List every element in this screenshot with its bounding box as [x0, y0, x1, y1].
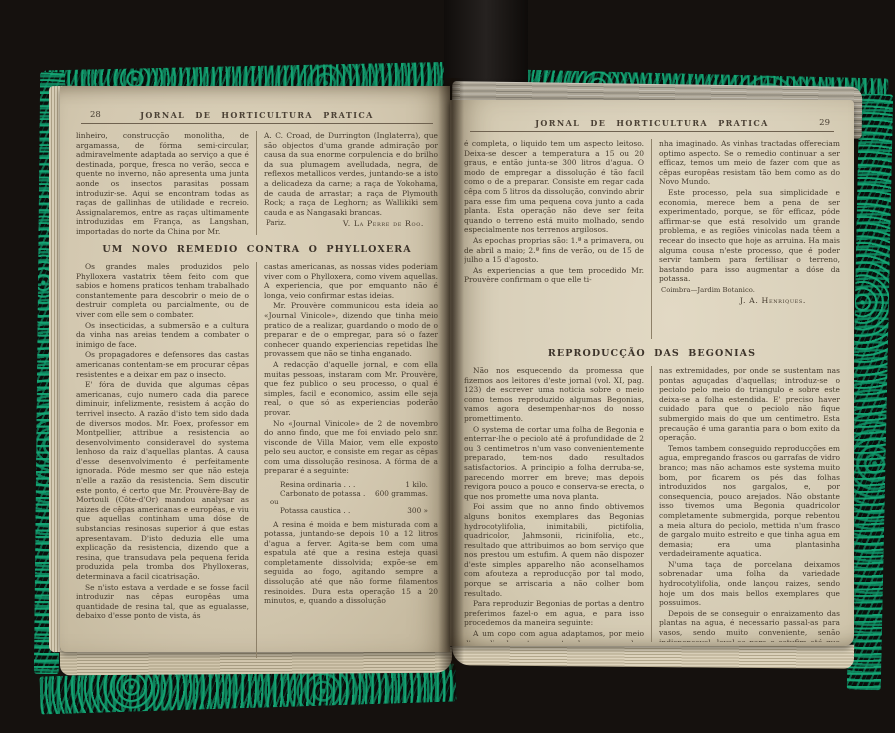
recipe-item: Potassa caustica . .: [280, 506, 350, 515]
paragraph: A um copo com agua adaptamos, por meio d…: [464, 629, 644, 642]
paragraph: Este processo, pela sua simplicidade e e…: [659, 188, 840, 284]
right-page-number: 29: [819, 118, 830, 128]
paragraph: linheiro, construcção monolitha, de arga…: [76, 131, 249, 235]
paragraph: As epochas proprias são: 1.ª a primavera…: [464, 236, 644, 265]
running-title-left: JORNAL DE HORTICULTURA PRATICA: [140, 110, 373, 120]
open-book-photo: 28 JORNAL DE HORTICULTURA PRATICA linhei…: [0, 0, 895, 733]
paragraph: Se n'isto estava a verdade e se fosse fa…: [76, 583, 249, 621]
paragraph: é completa, o liquido tem um aspecto lei…: [464, 139, 644, 235]
article-heading-begonias: REPRODUCÇÃO DAS BEGONIAS: [464, 348, 840, 359]
signature-line: Pariz. V. La Perre de Roo.: [264, 219, 438, 229]
header-rule-right: [470, 131, 835, 132]
left-col2: castas americanas, as nossas vides poder…: [257, 262, 438, 658]
paragraph: A. C. Croad, de Durrington (Inglaterra),…: [264, 131, 438, 217]
right-page-header: JORNAL DE HORTICULTURA PRATICA 29: [464, 118, 840, 129]
right-page-top-columns: é completa, o liquido tem um aspecto lei…: [464, 139, 840, 339]
paragraph: O systema de cortar uma folha de Begonia…: [464, 425, 644, 502]
spine-gutter-shadow: [438, 78, 464, 670]
paragraph: nas extremidades, por onde se sustentam …: [659, 366, 840, 443]
signature-name: V. La Perre de Roo.: [343, 219, 424, 229]
paragraph: castas americanas, as nossas vides poder…: [264, 262, 438, 300]
article-heading-phylloxera: UM NOVO REMEDIO CONTRA O PHYLLOXERA: [76, 244, 438, 255]
recipe-value: 600 grammas.: [375, 489, 428, 498]
header-rule-left: [81, 123, 432, 124]
recipe-item: Carbonato de potassa .: [280, 489, 365, 498]
signature-place: Pariz.: [266, 219, 286, 229]
recipe-value: 300 »: [407, 506, 428, 515]
paragraph: Os insecticidas, a submersão e a cultura…: [76, 321, 249, 350]
paragraph: Não nos esquecendo da promessa que fizem…: [464, 366, 644, 424]
paragraph: A resina é moida e bem misturada com a p…: [264, 520, 438, 606]
right-page: JORNAL DE HORTICULTURA PRATICA 29 é comp…: [450, 100, 854, 646]
recipe-table: Resina ordinaria . . . 1 kilo. Carbonato…: [280, 480, 434, 515]
paragraph: Temos tambem conseguido reproducções em …: [659, 444, 840, 559]
right-page-bottom-columns: Não nos esquecendo da promessa que fizem…: [464, 366, 840, 642]
recipe-row: Carbonato de potassa . 600 grammas.: [280, 489, 434, 498]
paragraph: nha imaginado. As vinhas tractadas offer…: [659, 139, 840, 187]
left-col1-top: linheiro, construcção monolitha, de arga…: [76, 131, 257, 235]
right-col1: Não nos esquecendo da promessa que fizem…: [464, 366, 652, 642]
recipe-item: Resina ordinaria . . .: [280, 480, 355, 489]
left-page-header: 28 JORNAL DE HORTICULTURA PRATICA: [76, 110, 438, 121]
right-col2: nas extremidades, por onde se sustentam …: [652, 366, 840, 642]
left-page-number: 28: [90, 110, 101, 120]
paragraph: N'uma taça de porcelana deixamos sobrena…: [659, 560, 840, 608]
signature-place: Coimbra—Jardim Botanico.: [659, 286, 840, 295]
paragraph: Foi assim que no anno findo obtivemos al…: [464, 502, 644, 598]
running-title-right: JORNAL DE HORTICULTURA PRATICA: [535, 118, 768, 128]
paragraph: Os grandes males produzidos pelo Phyllox…: [76, 262, 249, 320]
left-page-top-columns: linheiro, construcção monolitha, de arga…: [76, 131, 438, 235]
signature-name: J. A. Henriques.: [659, 296, 840, 306]
paragraph: E' fóra de duvida que algumas cêpas amer…: [76, 380, 249, 581]
left-col1: Os grandes males produzidos pelo Phyllox…: [76, 262, 257, 658]
paragraph: A redacção d'aquelle jornal, e com ella …: [264, 360, 438, 418]
left-page: 28 JORNAL DE HORTICULTURA PRATICA linhei…: [60, 86, 450, 652]
recipe-value: 1 kilo.: [405, 480, 428, 489]
left-col2-top: A. C. Croad, de Durrington (Inglaterra),…: [257, 131, 438, 235]
recipe-row: Potassa caustica . . 300 »: [280, 506, 434, 515]
right-col1-top: é completa, o liquido tem um aspecto lei…: [464, 139, 652, 339]
paragraph: As experiencias a que tem procedido Mr. …: [464, 266, 644, 285]
left-page-bottom-columns: Os grandes males produzidos pelo Phyllox…: [76, 262, 438, 658]
paragraph: Depois de se conseguir o enraizamento da…: [659, 609, 840, 642]
paragraph: Para reproduzir Begonias de portas a den…: [464, 599, 644, 628]
recipe-row: Resina ordinaria . . . 1 kilo.: [280, 480, 434, 489]
paragraph: No «Journal Vinicole» de 2 de novembro d…: [264, 419, 438, 477]
recipe-or-label: ou: [270, 499, 434, 506]
right-col2-top: nha imaginado. As vinhas tractadas offer…: [652, 139, 840, 339]
paragraph: Os propagadores e defensores das castas …: [76, 350, 249, 379]
paragraph: Mr. Prouvère communicou esta ideia ao «J…: [264, 301, 438, 359]
